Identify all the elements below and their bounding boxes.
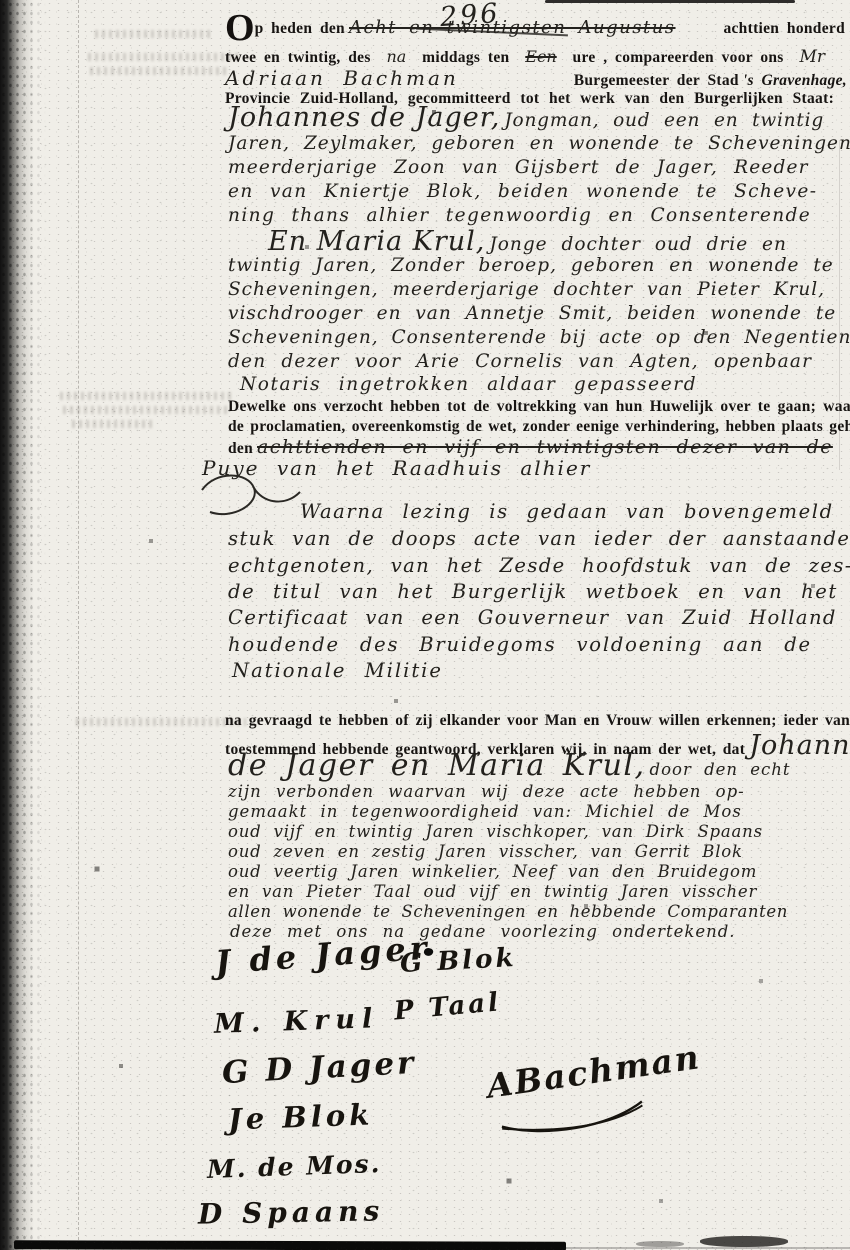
header-line-3: Adriaan Bachman Burgemeester der Stad 's…: [225, 66, 847, 90]
printed-burgemeester: Burgemeester der Stad: [574, 72, 739, 89]
script-line: den dezer voor Arie Cornelis van Agten, …: [228, 351, 812, 372]
printed-op-heden-den: p heden den: [255, 20, 345, 37]
scan-edge-noise: [0, 0, 46, 1250]
script-line: meerderjarige Zoon van Gijsbert de Jager…: [228, 157, 809, 178]
printed-middags-ten: middags ten: [422, 49, 509, 67]
scan-bottom-bar: [14, 1240, 566, 1250]
margin-rule-line: [78, 0, 79, 1250]
signature-witness-mos: M. de Mos.: [207, 1149, 382, 1184]
header-line-1: Op heden den Acht en twintigsten Augustu…: [225, 17, 845, 38]
ink-bleed-ghost: [90, 67, 228, 75]
drop-cap-O: O: [225, 7, 255, 49]
printed-den: den: [228, 440, 253, 457]
scan-speckles: [0, 0, 2, 2]
script-line: stuk van de doops acte van ieder der aan…: [228, 527, 850, 550]
printed-gravenhage: 's Gravenhage,: [743, 72, 847, 89]
printed-line: na gevraagd te hebben of zij elkander vo…: [225, 712, 850, 730]
script-line: zijn verbonden waarvan wij deze acte heb…: [228, 782, 745, 801]
handwritten-mr: Mr: [799, 47, 825, 67]
signature-underline-flourish: [497, 1099, 650, 1147]
ink-bleed-ghost: [95, 30, 210, 38]
printed-line: de proclamatien, overeenkomstig de wet, …: [228, 418, 850, 436]
signature-witness-blok2: Je Blok: [227, 1097, 373, 1136]
handwritten-officiant-name: Adriaan Bachman: [225, 66, 459, 90]
pen-flourish: [196, 462, 306, 528]
header-line-1-left: Op heden den Acht en twintigsten Augustu…: [225, 17, 676, 38]
handwritten-een: Een: [525, 47, 556, 66]
script-line: Waarna lezing is gedaan van bovengemeld: [300, 500, 834, 523]
script-line: Nationale Militie: [232, 659, 443, 682]
ink-bleed-ghost: [76, 718, 246, 726]
printed-twee-en-twintig: twee en twintig, des: [225, 49, 371, 67]
couple-names-script: de Jager en Maria Krul,: [228, 748, 646, 783]
script-line: Scheveningen, meerderjarige dochter van …: [228, 279, 825, 300]
script-line: oud zeven en zestig Jaren visscher, van …: [228, 842, 743, 861]
script-text: Jongman, oud een en twintig: [504, 110, 824, 131]
header-line-2: twee en twintig, des na middags ten Een …: [225, 47, 825, 67]
ink-bleed-ghost: [60, 392, 235, 400]
script-line: Johannes de Jager, Jongman, oud een en t…: [228, 102, 824, 133]
printed-line: Dewelke ons verzocht hebben tot de voltr…: [228, 398, 850, 416]
scan-bottom-smudge: [700, 1236, 788, 1247]
handwritten-proclamation-dates: achttienden en vijf en twintigsten dezer…: [257, 436, 833, 458]
scan-bottom-edge: [560, 1247, 850, 1249]
script-line: houdende des Bruidegoms voldoening aan d…: [228, 633, 812, 656]
script-line: echtgenoten, van het Zesde hoofdstuk van…: [228, 554, 850, 577]
script-line: oud vijf en twintig Jaren vischkoper, va…: [228, 822, 763, 841]
script-line: de titul van het Burgerlijk wetboek en v…: [228, 580, 838, 603]
handwritten-na: na: [386, 47, 406, 66]
script-line: oud veertig Jaren winkelier, Neef van de…: [228, 862, 757, 881]
printed-ure-compareerden: ure , compareerden voor ons: [573, 49, 784, 67]
ink-bleed-ghost: [72, 420, 152, 428]
signature-bride: M. Krul: [214, 1003, 380, 1040]
signature-witness-jager: G D Jager: [221, 1045, 417, 1091]
script-line: Certificaat van een Gouverneur van Zuid …: [228, 606, 837, 629]
ink-bleed-ghost: [88, 53, 238, 61]
header-line-3-right: Burgemeester der Stad 's Gravenhage,: [574, 72, 847, 90]
script-text: door den echt: [650, 760, 791, 779]
script-line: Scheveningen, Consenterende bij acte op …: [228, 327, 850, 348]
scanned-marriage-act-page: 296 Op heden den Acht en twintigsten Aug…: [0, 0, 850, 1250]
declaration-names-line: de Jager en Maria Krul, door den echt: [228, 748, 791, 783]
handwritten-date: Acht en twintigsten Augustus: [349, 17, 676, 38]
script-line: Jaren, Zeylmaker, geboren en wonende te …: [228, 133, 850, 154]
script-line: twintig Jaren, Zonder beroep, geboren en…: [228, 255, 834, 276]
script-line: en van Kniertje Blok, beiden wonende te …: [228, 181, 817, 202]
script-line: Notaris ingetrokken aldaar gepasseerd: [240, 374, 697, 395]
signature-witness-spaans: D Spaans: [198, 1194, 385, 1230]
signature-officer-bachman: ABachman: [484, 1037, 703, 1106]
script-line: vischdrooger en van Annetje Smit, beiden…: [228, 303, 836, 324]
script-line: allen wonende te Scheveningen en hebbend…: [228, 902, 788, 921]
bride-name: En Maria Krul,: [268, 226, 485, 257]
script-text: Jonge dochter oud drie en: [489, 234, 787, 255]
script-line: En Maria Krul, Jonge dochter oud drie en: [268, 226, 787, 257]
printed-achttien-honderd: achttien honderd: [723, 20, 845, 38]
scan-top-edge-line: [545, 0, 795, 3]
groom-name: Johannes de Jager,: [228, 102, 500, 133]
ink-bleed-ghost: [63, 406, 229, 414]
signature-witness-blok: G Blok: [399, 943, 517, 979]
signature-witness-taal: P Taal: [393, 987, 502, 1026]
script-line: gemaakt in tegenwoordigheid van: Michiel…: [228, 802, 742, 821]
proclamation-date-line: den achttienden en vijf en twintigsten d…: [228, 436, 833, 458]
script-line: en van Pieter Taal oud vijf en twintig J…: [228, 882, 757, 901]
script-line: ning thans alhier tegenwoordig en Consen…: [228, 205, 811, 226]
